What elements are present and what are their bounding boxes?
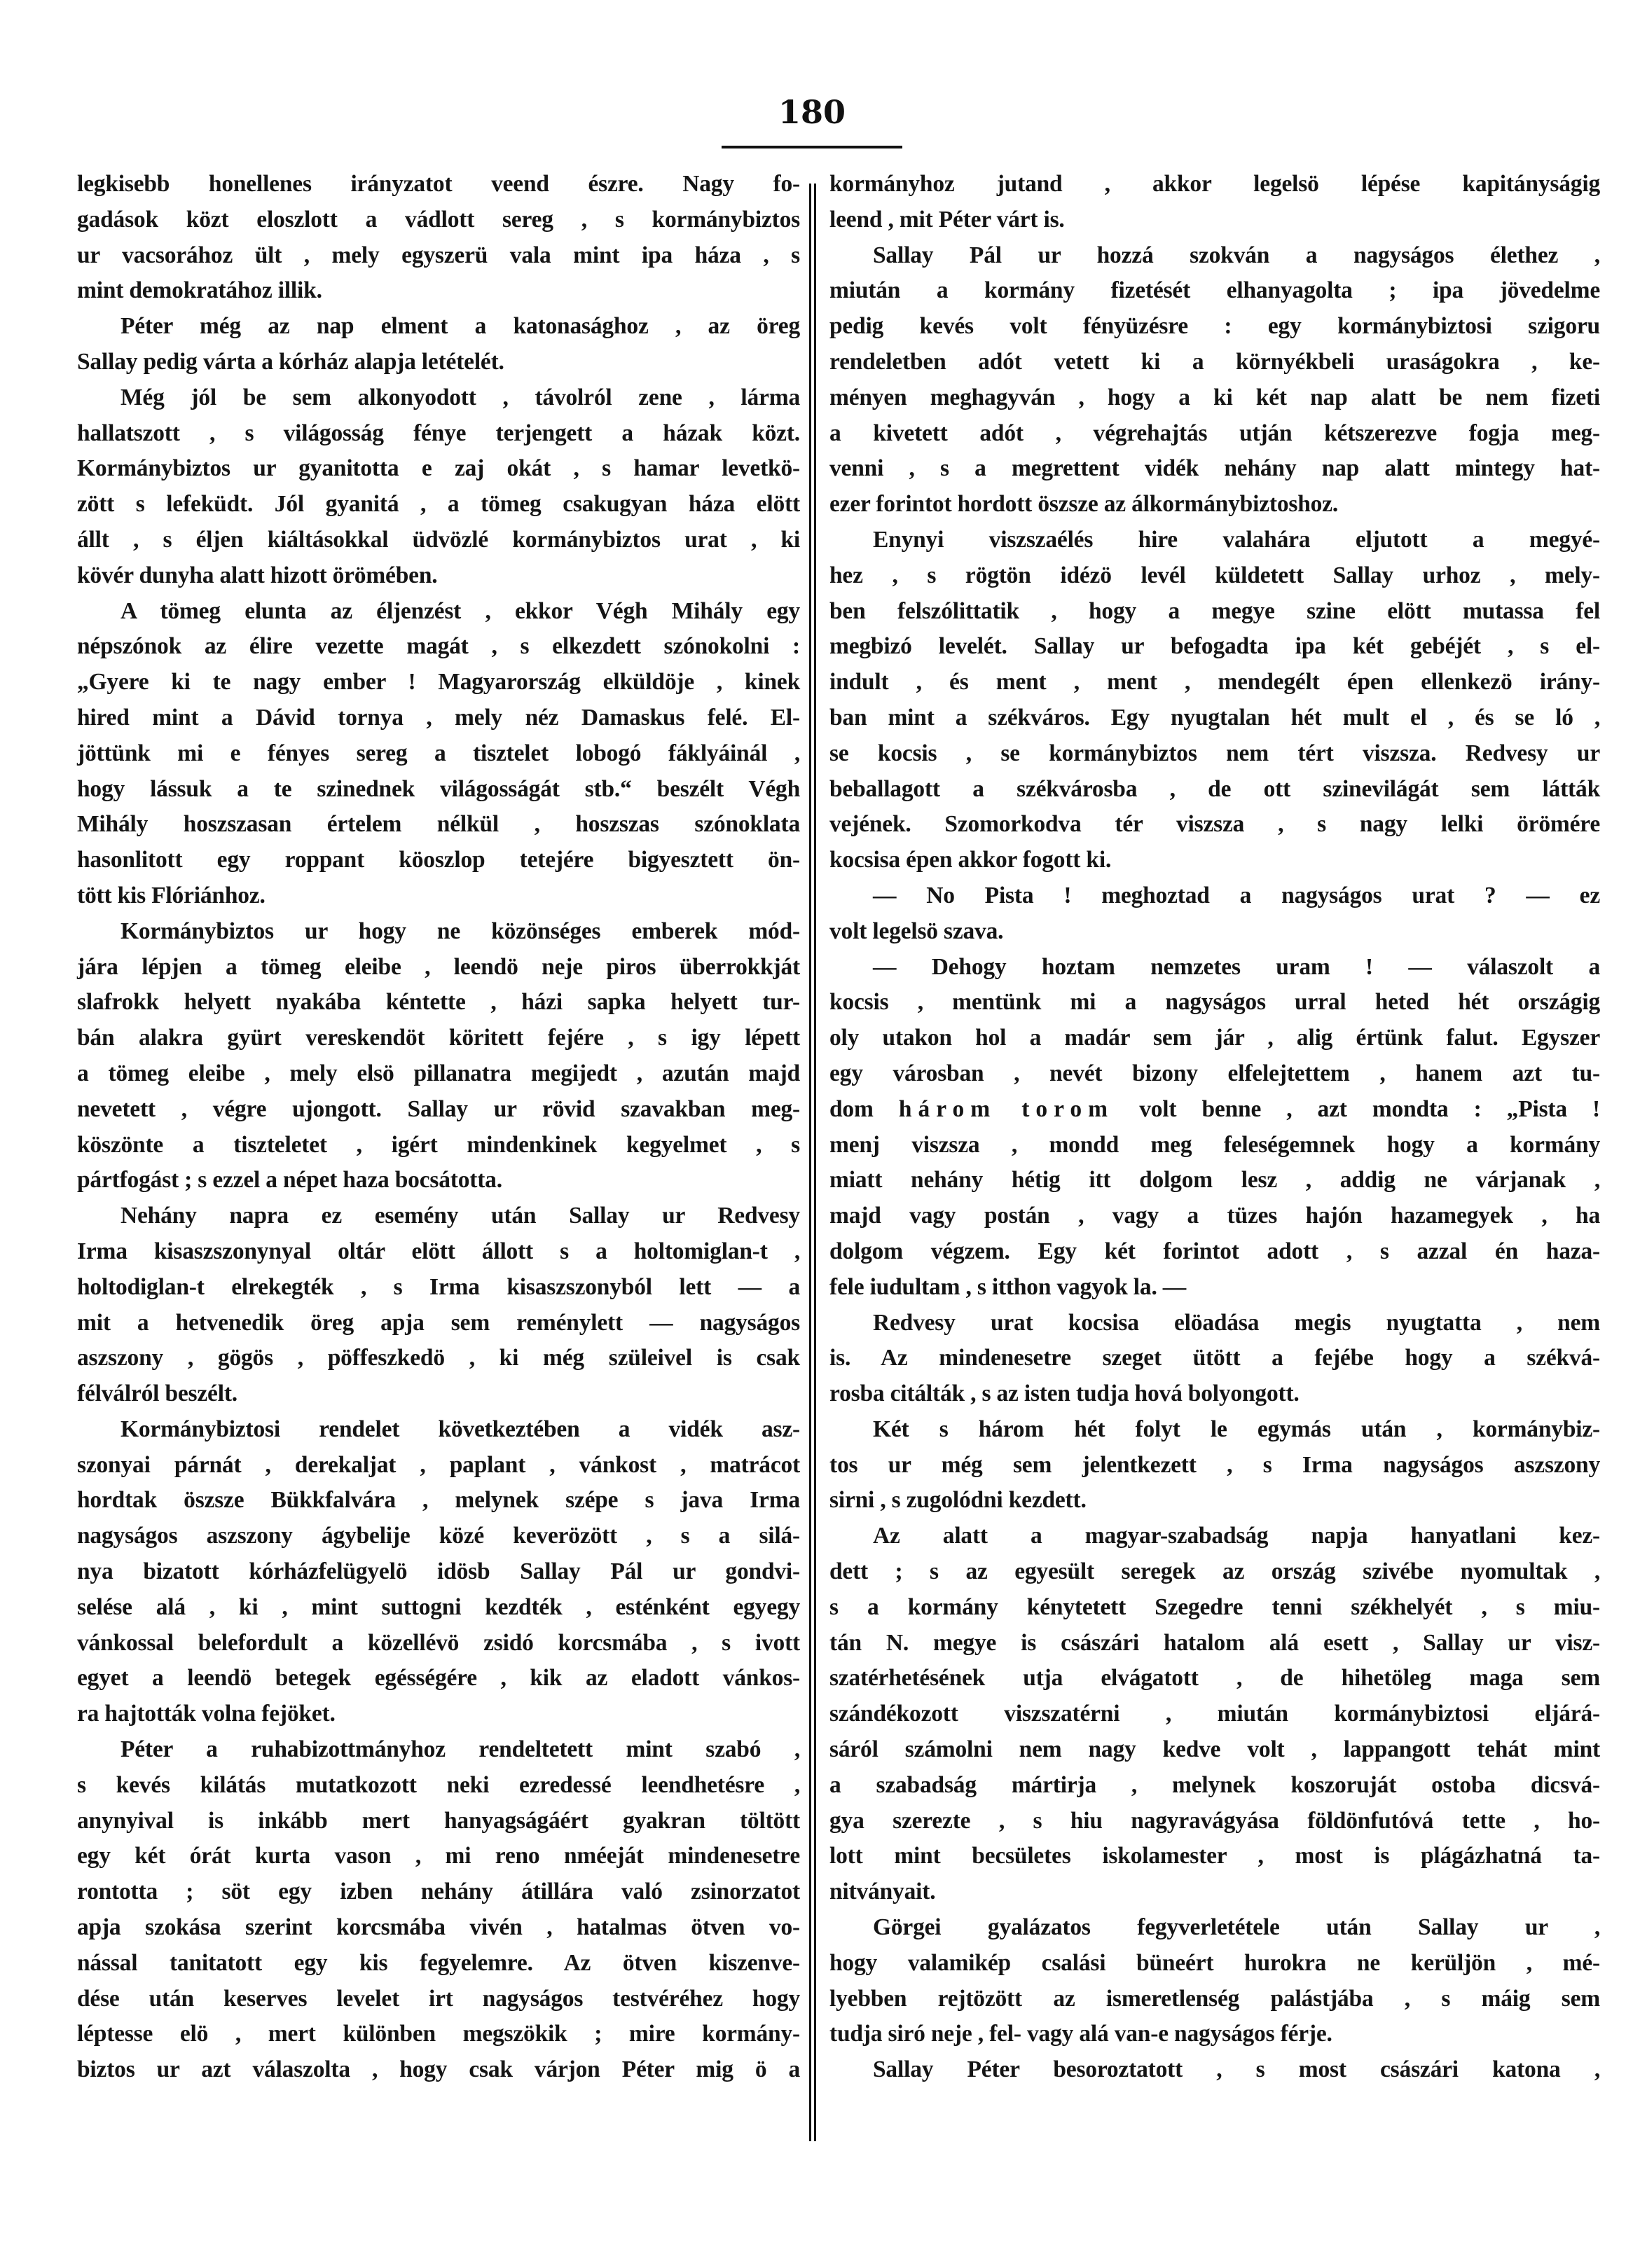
text-line: kocsis , mentünk mi a nagyságos urral he… [829,985,1600,1021]
text-line: „Gyere ki te nagy ember ! Magyarország e… [77,665,800,700]
text-line: volt legelsö szava. [829,914,1600,950]
text-line: slafrokk helyett nyakába kéntette , házi… [77,985,800,1021]
text-line: Két s három hét folyt le egymás után , k… [829,1412,1600,1448]
text-line: Irma kisaszszonynyal oltár elött állott … [77,1234,800,1270]
text-line: Az alatt a magyar-szabadság napja hanyat… [829,1519,1600,1554]
text-line: gya szerezte , s hiu nagyravágyása földö… [829,1804,1600,1839]
text-line: A tömeg elunta az éljenzést , ekkor Végh… [77,594,800,630]
text-line: gadások közt eloszlott a vádlott sereg ,… [77,202,800,238]
text-line: Sallay Péter besoroztatott , s most csás… [829,2052,1600,2088]
text-line: nással tanitatott egy kis fegyelemre. Az… [77,1946,800,1982]
text-line: hired mint a Dávid tornya , mely néz Dam… [77,700,800,736]
text-line: kormányhoz jutand , akkor legelsö lépése… [829,167,1600,202]
text-line: mit a hetvenedik öreg apja sem reménylet… [77,1306,800,1341]
text-line: Kormánybiztos ur gyanitotta e zaj okát ,… [77,451,800,487]
text-line: tött kis Flóriánhoz. [77,878,800,914]
text-line: dése után keserves levelet irt nagyságos… [77,1982,800,2017]
text-line: lott mint becsületes iskolamester , most… [829,1839,1600,1874]
text-line: apja szokása szerint korcsmába vivén , h… [77,1910,800,1946]
text-line: vejének. Szomorkodva tér viszsza , s nag… [829,807,1600,843]
text-line: dett ; s az egyesült seregek az ország s… [829,1554,1600,1590]
text-line: egyet a leendö betegek egésségére , kik … [77,1661,800,1696]
text-line: szonyai párnát , derekaljat , paplant , … [77,1448,800,1484]
text-line: hasonlitott egy roppant köoszlop tetejér… [77,843,800,878]
column-divider [809,184,816,2141]
text-line: a szabadság mártirja , melynek koszorujá… [829,1768,1600,1804]
text-line: nevetett , végre ujongott. Sallay ur röv… [77,1092,800,1128]
text-line: — No Pista ! meghoztad a nagyságos urat … [829,878,1600,914]
text-line: Még jól be sem alkonyodott , távolról ze… [77,380,800,416]
text-line: ra hajtották volna fejöket. [77,1696,800,1732]
text-line: Sallay pedig várta a kórház alapja letét… [77,345,800,380]
text-line: biztos ur azt válaszolta , hogy csak vár… [77,2052,800,2088]
text-line: hordtak öszsze Bükkfalvára , melynek szé… [77,1483,800,1519]
text-line: zött s lefeküdt. Jól gyanitá , a tömeg c… [77,487,800,523]
text-line: hallatszott , s világosság fénye terjeng… [77,416,800,452]
text-line: egy városban , nevét bizony elfelejtette… [829,1056,1600,1092]
text-line: kövér dunyha alatt hizott örömében. [77,558,800,594]
text-line: pedig kevés volt fényüzésre : egy kormán… [829,309,1600,345]
text-line: oly utakon hol a madár sem jár , alig ér… [829,1021,1600,1056]
text-line: ményen meghagyván , hogy a ki két nap al… [829,380,1600,416]
emphasized-word: három [899,1096,996,1122]
text-line: aszszony , gögös , pöffeszkedö , ki még … [77,1341,800,1376]
text-line: venni , s a megrettent vidék nehány nap … [829,451,1600,487]
text-line: leend , mit Péter várt is. [829,202,1600,238]
text-line: is. Az mindenesetre szeget ütött a fejéb… [829,1341,1600,1376]
text-line: beballagott a székvárosba , de ott szine… [829,772,1600,808]
text-line: Redvesy urat kocsisa elöadása megis nyug… [829,1306,1600,1341]
text-line: dolgom végzem. Egy két forintot adott , … [829,1234,1600,1270]
text-line: hogy lássuk a te szinednek világosságát … [77,772,800,808]
text-line: a kivetett adót , végrehajtás utján kéts… [829,416,1600,452]
text-line: Kormánybiztosi rendelet következtében a … [77,1412,800,1448]
text-line: majd vagy postán , vagy a tüzes hajón ha… [829,1198,1600,1234]
text-line: nya bizatott kórházfelügyelö idösb Salla… [77,1554,800,1590]
text-line: jöttünk mi e fényes sereg a tisztelet lo… [77,736,800,772]
text-line: holtodiglan-t elrekegték , s Irma kisasz… [77,1270,800,1306]
text-line: hogy valamikép csalási büneért hurokra n… [829,1946,1600,1982]
text-line: rendeletben adót vetett ki a környékbeli… [829,345,1600,380]
text-line: Péter a ruhabizottmányhoz rendeltetett m… [77,1732,800,1768]
text-line: Péter még az nap elment a katonasághoz ,… [77,309,800,345]
text-line: Kormánybiztos ur hogy ne közönséges embe… [77,914,800,950]
left-column: legkisebb honellenes irányzatot veend és… [77,167,800,2088]
text-line: nitványait. [829,1874,1600,1910]
text-line: se kocsis , se kormánybiztos nem tért vi… [829,736,1600,772]
text-line: szándékozott viszszatérni , miután kormá… [829,1696,1600,1732]
page-number: 180 [722,91,902,133]
text-line: s a kormány kénytetett Szegedre tenni sz… [829,1590,1600,1626]
text-line: s kevés kilátás mutatkozott neki ezredes… [77,1768,800,1804]
text-line: Sallay Pál ur hozzá szokván a nagyságos … [829,238,1600,274]
text-line: — Dehogy hoztam nemzetes uram ! — válasz… [829,950,1600,986]
text-line: mint demokratához illik. [77,273,800,309]
text-line: ur vacsorához ült , mely egyszerü vala m… [77,238,800,274]
text-line: bán alakra gyürt vereskendöt köritett fe… [77,1021,800,1056]
text-line: népszónok az élire vezette magát , s elk… [77,629,800,665]
text-line: tudja siró neje , fel- vagy alá van-e na… [829,2017,1600,2052]
text-line: ban mint a székváros. Egy nyugtalan hét … [829,700,1600,736]
text-line: pártfogást ; s ezzel a népet haza bocsát… [77,1163,800,1198]
text-line: rontotta ; söt egy izben nehány átillára… [77,1874,800,1910]
text-line: rosba citálták , s az isten tudja hová b… [829,1376,1600,1412]
text-line: nagyságos aszszony ágybelije közé keverö… [77,1519,800,1554]
text-line: dom három torom volt benne , azt mondta … [829,1092,1600,1128]
text-line: Mihály hoszszasan értelem nélkül , hoszs… [77,807,800,843]
text-line: vánkossal belefordult a közellévö zsidó … [77,1626,800,1661]
text-line: egy két órát kurta vason , mi reno nméej… [77,1839,800,1874]
text-line: sáról számolni nem nagy kedve volt , lap… [829,1732,1600,1768]
text-line: menj viszsza , mondd meg feleségemnek ho… [829,1128,1600,1163]
text-line: indult , és ment , ment , mendegélt épen… [829,665,1600,700]
text-line: a tömeg eleibe , mely elsö pillanatra me… [77,1056,800,1092]
text-line: Nehány napra ez esemény után Sallay ur R… [77,1198,800,1234]
page-number-rule [722,146,902,148]
text-line: léptesse elö , mert különben megszökik ;… [77,2017,800,2052]
text-line: állt , s éljen kiáltásokkal üdvözlé korm… [77,523,800,558]
text-line: miután a kormány fizetését elhanyagolta … [829,273,1600,309]
text-line: Görgei gyalázatos fegyverletétele után S… [829,1910,1600,1946]
text-line: szatérhetésének utja elvágatott , de hih… [829,1661,1600,1696]
text-line: kocsisa épen akkor fogott ki. [829,843,1600,878]
right-column: kormányhoz jutand , akkor legelsö lépése… [829,167,1600,2088]
text-line: anynyival is inkább mert hanyagságáért g… [77,1804,800,1839]
text-line: tán N. megye is császári hatalom alá ese… [829,1626,1600,1661]
text-line: sirni , s zugolódni kezdett. [829,1483,1600,1519]
text-line: lyebben rejtözött az ismeretlenség palás… [829,1982,1600,2017]
text-line: megbizó levelét. Sallay ur befogadta ipa… [829,629,1600,665]
text-line: hez , s rögtön idézö levél küldetett Sal… [829,558,1600,594]
text-line: félválról beszélt. [77,1376,800,1412]
text-line: ben felszólittatik , hogy a megye szine … [829,594,1600,630]
emphasized-word: torom [1021,1096,1114,1122]
text-line: miatt nehány hétig itt dolgom lesz , add… [829,1163,1600,1198]
text-line: tos ur még sem jelentkezett , s Irma nag… [829,1448,1600,1484]
text-line: legkisebb honellenes irányzatot veend és… [77,167,800,202]
text-line: jára lépjen a tömeg eleibe , leendö neje… [77,950,800,986]
text-line: selése alá , ki , mint suttogni kezdték … [77,1590,800,1626]
text-line: ezer forintot hordott öszsze az álkormán… [829,487,1600,523]
text-line: Enynyi viszszaélés hire valahára eljutot… [829,523,1600,558]
text-line: köszönte a tiszteletet , igért mindenkin… [77,1128,800,1163]
text-line: fele iudultam , s itthon vagyok la. — [829,1270,1600,1306]
